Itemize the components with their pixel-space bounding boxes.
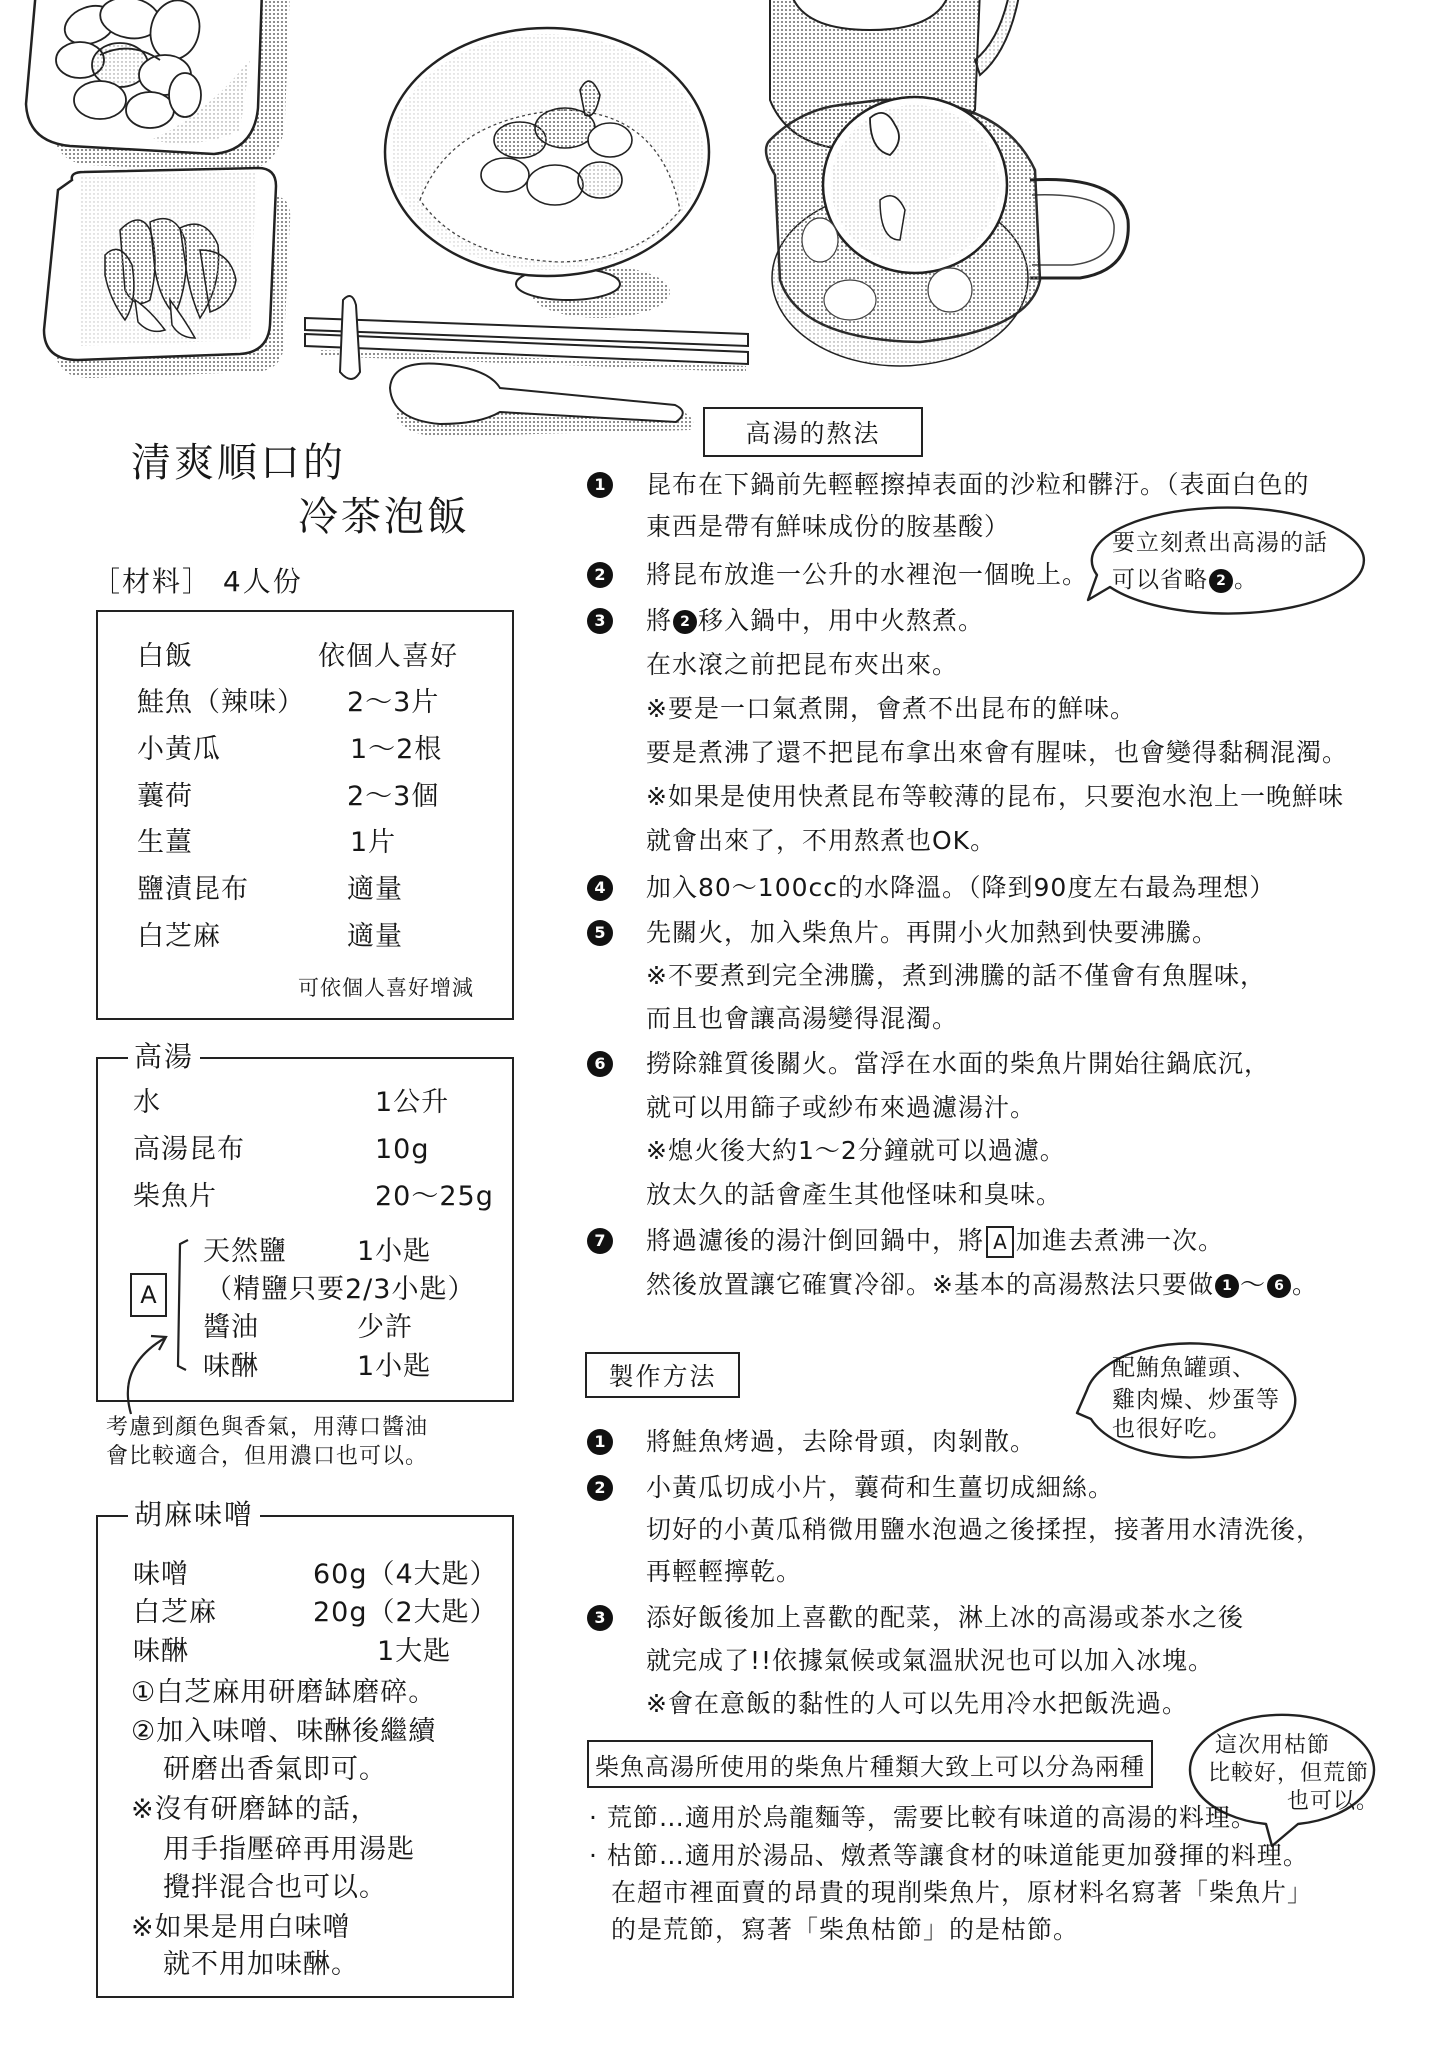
katsuobushi-line: 在超市裡面賣的昂貴的現削柴魚片，原材料名寫著「柴魚片」	[611, 1875, 1313, 1911]
dashi-method-heading: 高湯的熬法	[703, 407, 923, 457]
ingredient-name: 鹽漬昆布	[137, 872, 249, 908]
step-text: 將2移入鍋中，用中火熬煮。	[646, 603, 984, 639]
arrow-icon	[115, 1326, 185, 1426]
step-text: 東西是帶有鮮味成份的胺基酸）	[646, 509, 1010, 545]
step-ref-badge: 2	[1209, 569, 1233, 593]
group-a-item-name: 天然鹽	[203, 1234, 287, 1270]
group-a-item-name: 醬油	[203, 1310, 259, 1346]
dashi-method-heading-text: 高湯的熬法	[745, 414, 880, 450]
group-a-label: A	[130, 1273, 167, 1317]
rice-bowl	[385, 28, 709, 318]
step-number-badge: 7	[587, 1228, 613, 1254]
step-text: ※如果是使用快煮昆布等較薄的昆布，只要泡水泡上一晚鮮味	[646, 779, 1344, 815]
ingredient-name: 蘘荷	[137, 779, 193, 815]
step-text: ※要是一口氣煮開，會煮不出昆布的鮮味。	[646, 691, 1136, 727]
step-text: 將昆布放進一公升的水裡泡一個晚上。	[646, 557, 1088, 593]
step-text-part: ～	[1240, 1270, 1266, 1299]
step-text-part: 。	[1292, 1270, 1318, 1299]
recipe-title-line2: 冷茶泡飯	[298, 493, 470, 541]
sesame-miso-item-amount: 20g（2大匙）	[313, 1595, 498, 1631]
step-text: 撈除雜質後關火。當浮在水面的柴魚片開始往鍋底沉，	[646, 1046, 1270, 1082]
step-ref-badge: 6	[1267, 1274, 1291, 1298]
step-text: 就會出來了，不用熬煮也OK。	[646, 823, 996, 859]
myoga-plate	[44, 168, 290, 378]
ingredient-name: 小黃瓜	[137, 732, 221, 768]
food-illustration	[0, 0, 1445, 470]
katsuobushi-heading-text: 柴魚高湯所使用的柴魚片種類大致上可以分為兩種	[595, 1747, 1145, 1782]
ingredient-name: 白飯	[137, 639, 193, 675]
chopstick-rest	[340, 296, 360, 379]
dashi-ingredient-name: 水	[133, 1085, 161, 1121]
sesame-miso-item-name: 味醂	[133, 1634, 189, 1670]
step-text: ※會在意飯的黏性的人可以先用冷水把飯洗過。	[646, 1686, 1188, 1722]
dashi-ingredient-name: 高湯昆布	[133, 1132, 245, 1168]
ingredient-name: 白芝麻	[137, 919, 221, 955]
sesame-miso-step: ※如果是用白味噌	[131, 1910, 351, 1946]
ingredients-heading: ［材料］ 4人份	[92, 564, 303, 600]
step-text: 加入80～100cc的水降溫。（降到90度左右最為理想）	[646, 870, 1275, 906]
group-a-item-name: （精鹽只要2/3小匙）	[205, 1272, 475, 1308]
sesame-miso-step: ①白芝麻用研磨缽磨碎。	[131, 1675, 436, 1711]
bubble-text-part: 可以省略	[1112, 567, 1208, 593]
katsuobushi-line: 的是荒節，寫著「柴魚枯節」的是枯節。	[611, 1912, 1079, 1948]
sesame-miso-step: 用手指壓碎再用湯匙	[163, 1832, 415, 1868]
dashi-note-line: 考慮到顏色與香氣，用薄口醬油	[106, 1414, 428, 1442]
sesame-miso-item-amount: 1大匙	[377, 1634, 451, 1670]
step-text: 就可以用篩子或紗布來過濾湯汁。	[646, 1090, 1036, 1126]
spoon	[390, 364, 693, 437]
step-number-badge: 1	[587, 472, 613, 498]
step-text: 然後放置讓它確實冷卻。※基本的高湯熬法只要做1～6。	[646, 1267, 1318, 1303]
dashi-ingredient-amount: 1公升	[375, 1085, 449, 1121]
group-a-item-name: 味醂	[203, 1349, 259, 1385]
chopsticks	[305, 318, 748, 372]
method-heading-text: 製作方法	[608, 1357, 716, 1393]
step-text-part: 將	[646, 606, 672, 635]
ingredient-amount: 1片	[350, 825, 396, 861]
step-number-badge: 5	[587, 920, 613, 946]
sesame-miso-item-amount: 60g（4大匙）	[313, 1557, 498, 1593]
dashi-ingredient-name: 柴魚片	[133, 1179, 217, 1215]
step-number-badge: 6	[587, 1051, 613, 1077]
katsuobushi-line: · 枯節…適用於湯品、燉煮等讓食材的味道能更加發揮的料理。	[589, 1838, 1309, 1874]
group-a-item-amount: 少許	[357, 1310, 413, 1346]
ingredient-name: 鮭魚（辣味）	[137, 685, 305, 721]
step-text-part: 將過濾後的湯汁倒回鍋中，將	[646, 1226, 984, 1255]
ingredient-amount: 依個人喜好	[318, 639, 458, 675]
ingredient-amount: 2～3片	[347, 685, 439, 721]
ingredient-amount: 2～3個	[347, 779, 439, 815]
glass-pitcher	[766, 97, 1128, 366]
method-heading: 製作方法	[585, 1352, 740, 1398]
bubble-text-part: 。	[1234, 567, 1258, 593]
sesame-miso-step: 研磨出香氣即可。	[163, 1752, 387, 1788]
bubble-text: 這次用枯節	[1215, 1731, 1330, 1761]
step-text: 將過濾後的湯汁倒回鍋中，將A加進去煮沸一次。	[646, 1223, 1224, 1259]
step-text: 要是煮沸了還不把昆布拿出來會有腥味，也會變得黏稠混濁。	[646, 735, 1348, 771]
bubble-text: 也可以。	[1287, 1787, 1379, 1817]
step-text: 將鮭魚烤過，去除骨頭，肉剝散。	[646, 1424, 1036, 1460]
step-number-badge: 1	[587, 1429, 613, 1455]
step-ref-badge: 1	[1215, 1274, 1239, 1298]
step-text: 切好的小黃瓜稍微用鹽水泡過之後揉捏，接著用水清洗後，	[646, 1512, 1322, 1548]
bubble-text: 雞肉燥、炒蛋等	[1112, 1385, 1280, 1415]
group-a-item-amount: 1小匙	[357, 1234, 431, 1270]
step-ref-badge: 2	[673, 610, 697, 634]
sesame-miso-item-name: 味噌	[133, 1557, 189, 1593]
step-text: 在水滾之前把昆布夾出來。	[646, 647, 958, 683]
dashi-ingredient-amount: 20～25g	[375, 1179, 494, 1215]
bubble-text: 要立刻煮出高湯的話	[1112, 528, 1328, 558]
sesame-miso-step: ※沒有研磨缽的話，	[131, 1792, 379, 1828]
step-number-badge: 4	[587, 875, 613, 901]
step-number-badge: 3	[587, 1605, 613, 1631]
katsuobushi-line: · 荒節…適用於烏龍麵等，需要比較有味道的高湯的料理。	[589, 1800, 1257, 1836]
step-number-badge: 2	[587, 562, 613, 588]
dashi-box-label: 高湯	[128, 1039, 200, 1075]
step-text: 先關火，加入柴魚片。再開小火加熱到快要沸騰。	[646, 915, 1218, 951]
cucumber-plate	[26, 0, 290, 172]
dashi-ingredient-amount: 10g	[375, 1132, 430, 1168]
bubble-text: 可以省略2。	[1112, 565, 1258, 595]
sesame-miso-label: 胡麻味噌	[128, 1497, 260, 1533]
bubble-text: 配鮪魚罐頭、	[1112, 1353, 1256, 1383]
step-text: 小黃瓜切成小片，蘘荷和生薑切成細絲。	[646, 1470, 1114, 1506]
step-text-part: 移入鍋中，用中火熬煮。	[698, 606, 984, 635]
step-number-badge: 3	[587, 608, 613, 634]
step-text: 添好飯後加上喜歡的配菜，淋上冰的高湯或茶水之後	[646, 1600, 1244, 1636]
step-text: 而且也會讓高湯變得混濁。	[646, 1001, 958, 1037]
ingredient-amount: 適量	[347, 872, 403, 908]
sesame-miso-step: 攪拌混合也可以。	[163, 1870, 387, 1906]
step-text-part: 然後放置讓它確實冷卻。※基本的高湯熬法只要做	[646, 1270, 1214, 1299]
ingredients-note: 可依個人喜好增減	[298, 974, 474, 1002]
step-text: 放太久的話會產生其他怪味和臭味。	[646, 1177, 1062, 1213]
step-number-badge: 2	[587, 1475, 613, 1501]
group-a-ref-box: A	[986, 1226, 1014, 1258]
sesame-miso-item-name: 白芝麻	[133, 1595, 217, 1631]
katsuobushi-heading: 柴魚高湯所使用的柴魚片種類大致上可以分為兩種	[587, 1740, 1153, 1788]
ingredient-amount: 1～2根	[350, 732, 442, 768]
bubble-text: 比較好，但荒節	[1208, 1759, 1369, 1789]
step-text: ※不要煮到完全沸騰，煮到沸騰的話不僅會有魚腥味，	[646, 958, 1266, 994]
sesame-miso-step: ②加入味噌、味醂後繼續	[131, 1714, 436, 1750]
ingredient-name: 生薑	[137, 825, 193, 861]
cucumber-slices	[56, 0, 206, 128]
step-text-part: 加進去煮沸一次。	[1016, 1226, 1224, 1255]
sesame-miso-step: 就不用加味醂。	[163, 1947, 359, 1983]
recipe-title-line1: 清爽順口的	[131, 439, 346, 487]
bubble-text: 也很好吃。	[1112, 1414, 1232, 1444]
step-text: 再輕輕擰乾。	[646, 1554, 802, 1590]
step-text: ※熄火後大約1～2分鐘就可以過濾。	[646, 1133, 1066, 1169]
step-text: 就完成了!!依據氣候或氣溫狀況也可以加入冰塊。	[646, 1643, 1214, 1679]
step-text: 昆布在下鍋前先輕輕擦掉表面的沙粒和髒汙。（表面白色的	[646, 467, 1310, 503]
group-a-item-amount: 1小匙	[357, 1349, 431, 1385]
dashi-note-line: 會比較適合，但用濃口也可以。	[106, 1443, 428, 1471]
ingredient-amount: 適量	[347, 919, 403, 955]
